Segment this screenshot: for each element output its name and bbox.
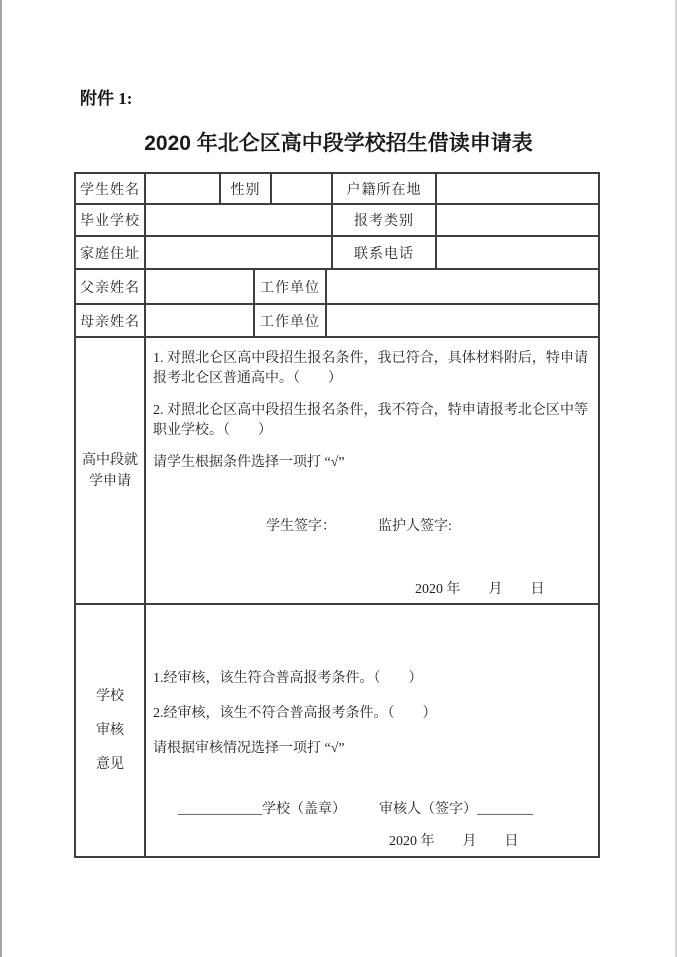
table-row: 父亲姓名 工作单位 [75, 269, 599, 304]
mother-name-value-cell [145, 304, 254, 337]
review-section-content-cell: 1.经审核，该生符合普高报考条件。（ ） 2.经审核，该生不符合普高报考条件。（… [145, 604, 599, 857]
father-name-value-cell [145, 269, 254, 304]
page-title: 2020 年北仑区高中段学校招生借读申请表 [0, 127, 677, 157]
graduation-school-value-cell [145, 204, 332, 236]
review-section-label-line3: 意见 [76, 748, 144, 782]
reviewer-label: 审核人（签字） [379, 802, 477, 817]
category-value-cell [436, 204, 599, 236]
mother-work-label: 工作单位 [254, 304, 326, 337]
phone-label: 联系电话 [332, 236, 436, 269]
gender-label: 性别 [220, 173, 271, 204]
school-underline: ____________ [178, 802, 262, 817]
address-value-cell [145, 236, 332, 269]
student-name-value-cell [145, 173, 220, 204]
review-instruction: 请根据审核情况选择一项打 “√” [153, 739, 588, 759]
student-name-label: 学生姓名 [75, 173, 145, 204]
father-work-label: 工作单位 [254, 269, 326, 304]
father-name-label: 父亲姓名 [75, 269, 145, 304]
household-label: 户籍所在地 [332, 173, 436, 204]
guardian-signature-label: 监护人签字: [378, 517, 452, 537]
school-seal-label: 学校（盖章） [262, 802, 346, 817]
table-row: 母亲姓名 工作单位 [75, 304, 599, 337]
review-section-label-line2: 审核 [76, 714, 144, 748]
application-section-content-cell: 1. 对照北仑区高中段招生报名条件，我已符合，具体材料附后，特申请报考北仑区普通… [145, 337, 599, 604]
application-option-2: 2. 对照北仑区高中段招生报名条件，我不符合，特申请报考北仑区中等职业学校。（ … [153, 401, 588, 441]
graduation-school-label: 毕业学校 [75, 204, 145, 236]
category-label: 报考类别 [332, 204, 436, 236]
gender-value-cell [271, 173, 332, 204]
seal-signature-row: ____________学校（盖章）审核人（签字）________ [153, 800, 588, 820]
application-section-label: 高中段就 学申请 [75, 337, 145, 604]
application-option-1: 1. 对照北仑区高中段招生报名条件，我已符合，具体材料附后，特申请报考北仑区普通… [153, 349, 588, 389]
address-label: 家庭住址 [75, 236, 145, 269]
review-section-row: 学校 审核 意见 1.经审核，该生符合普高报考条件。（ ） 2.经审核，该生不符… [75, 604, 599, 857]
table-row: 学生姓名 性别 户籍所在地 [75, 173, 599, 204]
application-section-label-line2: 学申请 [76, 471, 144, 492]
review-date-line: 2020 年 月 日 [153, 832, 588, 852]
table-row: 毕业学校 报考类别 [75, 204, 599, 236]
application-section-row: 高中段就 学申请 1. 对照北仑区高中段招生报名条件，我已符合，具体材料附后，特… [75, 337, 599, 604]
review-section-label-line1: 学校 [76, 680, 144, 714]
father-work-value-cell [326, 269, 599, 304]
student-signature-label: 学生签字： [266, 517, 336, 537]
application-section-label-line1: 高中段就 [76, 450, 144, 471]
attachment-label: 附件 1: [80, 84, 132, 109]
mother-work-value-cell [326, 304, 599, 337]
application-form-table: 学生姓名 性别 户籍所在地 毕业学校 报考类别 家庭住址 联系电话 父亲姓名 工… [74, 172, 600, 858]
signature-row: 学生签字： 监护人签字: [153, 517, 588, 537]
scanned-form-page: { "page": { "attachment_label": "附件 1:",… [0, 0, 677, 957]
review-option-2: 2.经审核，该生不符合普高报考条件。（ ） [153, 704, 588, 724]
phone-value-cell [436, 236, 599, 269]
reviewer-underline: ________ [477, 802, 533, 817]
household-value-cell [436, 173, 599, 204]
review-option-1: 1.经审核，该生符合普高报考条件。（ ） [153, 669, 588, 689]
review-section-label: 学校 审核 意见 [75, 604, 145, 857]
application-instruction: 请学生根据条件选择一项打 “√” [153, 453, 588, 473]
table-row: 家庭住址 联系电话 [75, 236, 599, 269]
mother-name-label: 母亲姓名 [75, 304, 145, 337]
application-date-line: 2020 年 月 日 [153, 580, 588, 600]
